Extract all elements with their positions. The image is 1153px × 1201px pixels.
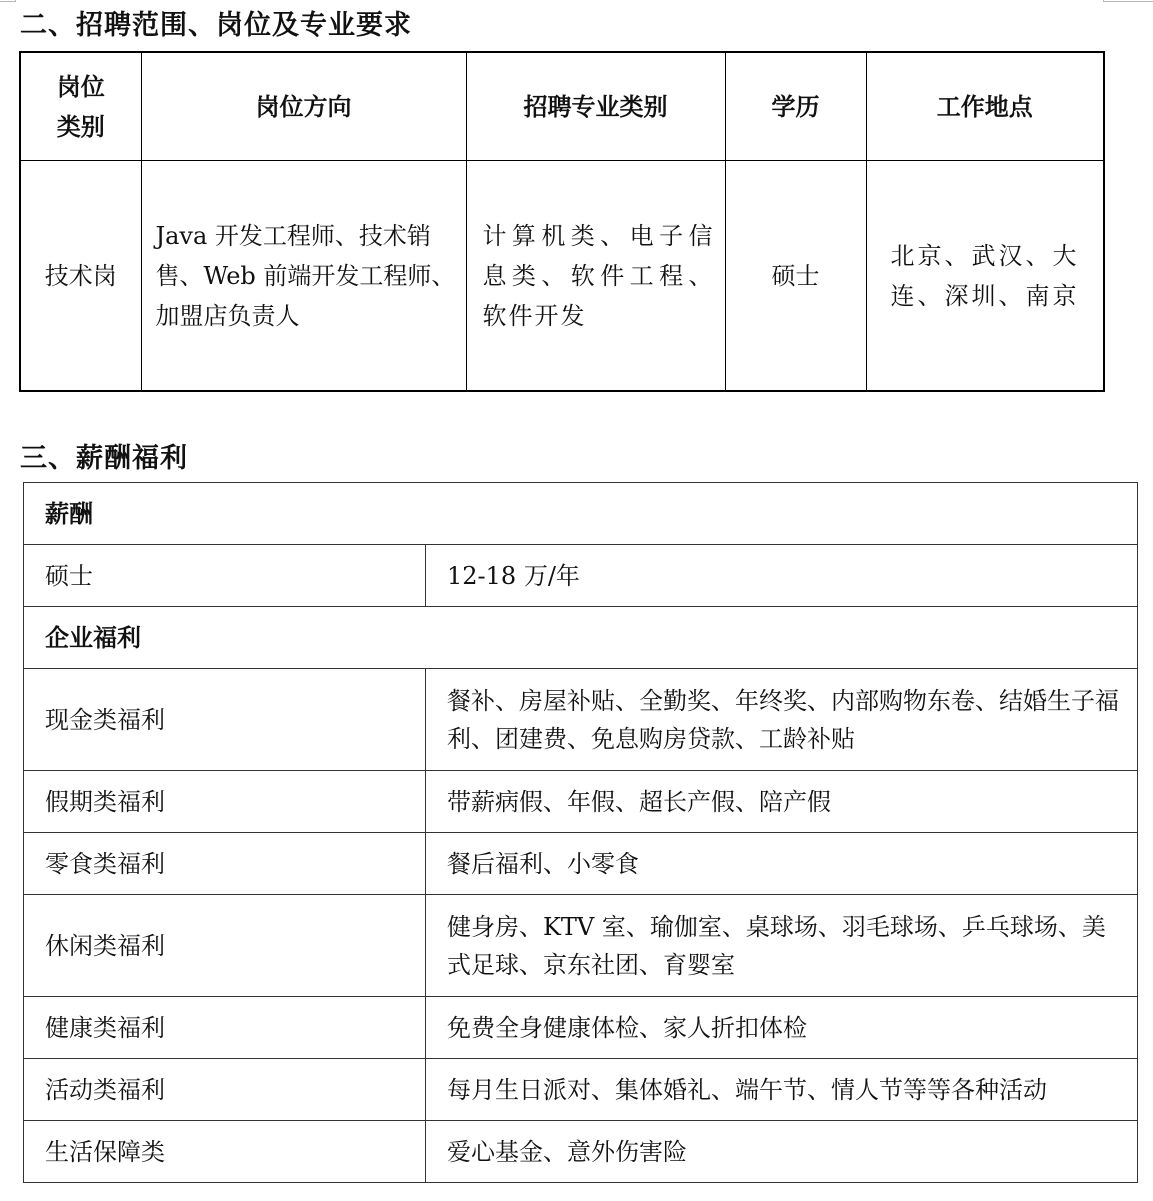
benefit-value: 每月生日派对、集体婚礼、端午节、情人节等等各种活动 [426,1059,1138,1121]
cell-locations: 北京、武汉、大连、深圳、南京 [866,161,1104,392]
header-education: 学历 [725,52,866,161]
table-header-row: 岗位 类别 岗位方向 招聘专业类别 学历 工作地点 [20,52,1104,161]
table-row: 技术岗 Java 开发工程师、技术销售、Web 前端开发工程师、加盟店负责人 计… [20,161,1104,392]
table-row: 硕士 12-18 万/年 [24,545,1138,607]
page-corner-mark-right [1103,0,1153,2]
recruitment-table: 岗位 类别 岗位方向 招聘专业类别 学历 工作地点 技术岗 Java 开发工程师… [19,51,1105,392]
benefits-section-row: 企业福利 [24,607,1138,669]
benefit-value: 餐补、房屋补贴、全勤奖、年终奖、内部购物东卷、结婚生子福利、团建费、免息购房贷款… [426,669,1138,771]
table-row: 休闲类福利 健身房、KTV 室、瑜伽室、桌球场、羽毛球场、乒乓球场、美式足球、京… [24,895,1138,997]
benefit-value: 健身房、KTV 室、瑜伽室、桌球场、羽毛球场、乒乓球场、美式足球、京东社团、育婴… [426,895,1138,997]
header-position-direction: 岗位方向 [141,52,466,161]
benefit-label: 零食类福利 [24,833,426,895]
salary-section-row: 薪酬 [24,483,1138,545]
table-row: 活动类福利 每月生日派对、集体婚礼、端午节、情人节等等各种活动 [24,1059,1138,1121]
cell-directions: Java 开发工程师、技术销售、Web 前端开发工程师、加盟店负责人 [141,161,466,392]
cell-majors: 计算机类、电子信息类、软件工程、软件开发 [466,161,725,392]
header-major-category: 招聘专业类别 [466,52,725,161]
table-row: 健康类福利 免费全身健康体检、家人折扣体检 [24,997,1138,1059]
benefit-label: 活动类福利 [24,1059,426,1121]
cell-category: 技术岗 [20,161,141,392]
benefit-value: 带薪病假、年假、超长产假、陪产假 [426,771,1138,833]
salary-section-header: 薪酬 [24,483,1138,545]
benefits-section-header: 企业福利 [24,607,1138,669]
compensation-table: 薪酬 硕士 12-18 万/年 企业福利 现金类福利 餐补、房屋补贴、全勤奖、年… [23,482,1138,1183]
benefit-label: 假期类福利 [24,771,426,833]
salary-value: 12-18 万/年 [426,545,1138,607]
benefit-label: 现金类福利 [24,669,426,771]
page-corner-mark-left [0,0,16,2]
benefit-label: 健康类福利 [24,997,426,1059]
cell-education: 硕士 [725,161,866,392]
benefit-value: 爱心基金、意外伤害险 [426,1121,1138,1183]
table-row: 现金类福利 餐补、房屋补贴、全勤奖、年终奖、内部购物东卷、结婚生子福利、团建费、… [24,669,1138,771]
salary-label: 硕士 [24,545,426,607]
table-row: 生活保障类 爱心基金、意外伤害险 [24,1121,1138,1183]
section-heading-recruitment: 二、招聘范围、岗位及专业要求 [20,12,412,39]
table-row: 零食类福利 餐后福利、小零食 [24,833,1138,895]
benefit-label: 休闲类福利 [24,895,426,997]
section-heading-compensation: 三、薪酬福利 [20,445,188,472]
table-row: 假期类福利 带薪病假、年假、超长产假、陪产假 [24,771,1138,833]
benefit-label: 生活保障类 [24,1121,426,1183]
benefit-value: 餐后福利、小零食 [426,833,1138,895]
header-position-category: 岗位 类别 [20,52,141,161]
header-work-location: 工作地点 [866,52,1104,161]
benefit-value: 免费全身健康体检、家人折扣体检 [426,997,1138,1059]
